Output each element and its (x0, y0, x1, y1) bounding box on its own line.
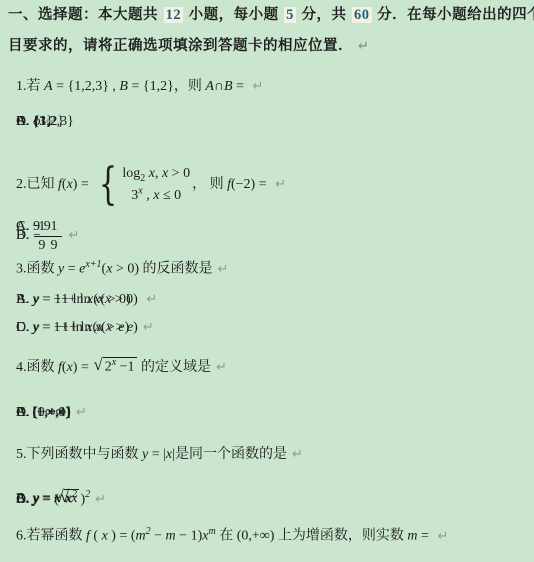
superscript: x+1 (85, 259, 101, 270)
text-run: ( (90, 529, 102, 544)
question-4-options: A. [0,+∞) B. [1,+∞) C. (−∞,0] D. (−∞,1]↵ (16, 404, 526, 438)
text-run: , (155, 166, 162, 181)
text-run: D. (16, 320, 33, 335)
text-run: = −1+ ln (39, 292, 95, 307)
paragraph-mark-icon: ↵ (358, 39, 369, 54)
radical-sign-icon: √ (60, 488, 69, 505)
text-run: = ( (39, 492, 59, 507)
text-run: m (136, 529, 146, 544)
radical: √x (60, 489, 80, 508)
question-1-stem: 1.若 A = {1,2,3} , B = {1,2}，则 A∩B = ↵ (16, 78, 263, 96)
paragraph-mark-icon: ↵ (146, 292, 157, 307)
paragraph-mark-icon: ↵ (217, 262, 228, 277)
piecewise-row: 3x , x ≤ 0 (122, 186, 190, 206)
text-run: = (418, 529, 433, 544)
paragraph-mark-icon: ↵ (69, 228, 80, 243)
question-5-options: A. y = x B. y = − x C. y = √x2 D. y = (√… (16, 490, 526, 524)
text-run: ) = (73, 360, 93, 375)
piecewise-rows: log2 x, x > 03x , x ≤ 0 (122, 164, 190, 205)
text-run: D. (16, 114, 33, 129)
text-run: 2 (105, 360, 112, 375)
text-run: 的反函数是 (139, 262, 213, 277)
radical: √2x −1 (93, 357, 136, 377)
text-run: 目要求的，请将正确选项填涂到答题卡的相应位置． (8, 38, 353, 54)
text-run: 小题，每小题 (183, 7, 284, 23)
fraction-numerator: 1 (47, 218, 62, 237)
text-run: ) (133, 320, 138, 335)
piecewise-row: log2 x, x > 0 (122, 164, 190, 184)
text-run: A (205, 79, 214, 94)
text-run: − (33, 228, 44, 243)
text-run: = | (148, 447, 166, 462)
superscript: m (208, 526, 215, 537)
text-run: 是同一个函数的是 (175, 447, 287, 462)
question-4-option-d: D. (−∞,1]↵ (16, 404, 87, 422)
text-run: 1.若 (16, 79, 44, 94)
section-header-line-2: 目要求的，请将正确选项填涂到答题卡的相应位置．↵ (8, 37, 369, 55)
radicand: 2x −1 (103, 357, 137, 377)
radical-sign-icon: √ (93, 356, 102, 373)
text-run: ) = (108, 529, 131, 544)
question-1-options: A. {1,2} B. {3} C. {1,2,3} D. ϕ↵ (16, 113, 526, 147)
question-5-stem: 5.下列函数中与函数 y = |x|是同一个函数的是↵ (16, 446, 303, 464)
paragraph-mark-icon: ↵ (143, 320, 154, 335)
text-run: > 0) (111, 292, 141, 307)
text-run: D. (16, 405, 33, 420)
exam-document-page: 一、选择题：本大题共 12 小题，每小题 5 分，共 60 分．在每小题给出的四… (0, 0, 534, 562)
text-run: 4.函数 (16, 360, 58, 375)
text-run: = (53, 79, 68, 94)
fraction: 19 (47, 218, 62, 254)
question-1-option-d: D. ϕ↵ (16, 113, 56, 131)
text-run: 2.已知 (16, 177, 58, 192)
paragraph-mark-icon: ↵ (275, 177, 286, 192)
text-run: B (119, 79, 128, 94)
text-run: 的定义域是 (138, 360, 212, 375)
text-run: m (166, 529, 176, 544)
question-3-options-row-2: C. y = 1+ ln x(x > e) D. y = −1+ ln x(x … (16, 319, 526, 353)
text-run: {1,2,3} (67, 79, 108, 94)
text-run: = (64, 262, 79, 277)
text-run: 在 (0,+∞) 上为增函数，则实数 (216, 529, 408, 544)
text-run: > (112, 320, 127, 335)
text-run: ≤ 0 (159, 188, 181, 203)
text-run: ϕ (33, 114, 40, 129)
question-4-stem: 4.函数 f(x) = √2x −1 的定义域是↵ (16, 358, 227, 378)
text-run: D. (16, 492, 33, 507)
text-run: = (128, 79, 143, 94)
question-3-stem: 3.函数 y = ex+1(x > 0) 的反函数是↵ (16, 260, 228, 278)
text-run: (−2) = (231, 177, 270, 192)
question-2-option-d: D. − 19↵ (16, 218, 79, 254)
text-run: 6.若幂函数 (16, 529, 86, 544)
paragraph-mark-icon: ↵ (76, 405, 87, 420)
text-run: 分，共 (296, 7, 352, 23)
text-run: 5.下列函数中与函数 (16, 447, 142, 462)
text-run: ∩ (214, 79, 224, 94)
question-6-stem: 6.若幂函数 f ( x ) = (m2 − m − 1)xm 在 (0,+∞)… (16, 527, 448, 545)
text-run: m (407, 529, 417, 544)
left-brace-icon: { (99, 163, 117, 207)
highlighted-number: 12 (164, 7, 184, 23)
question-3-option-d: D. y = −1+ ln x(x > e)↵ (16, 319, 154, 337)
text-run: {1,2} (143, 79, 174, 94)
text-run: B. (16, 292, 32, 307)
question-2-options: A. 9 B. 19 C. − 9 D. − 19↵ (16, 218, 526, 252)
paragraph-mark-icon: ↵ (253, 79, 264, 94)
text-run: 分．在每小题给出的四个选项中 (372, 7, 534, 23)
text-run: − (151, 529, 166, 544)
text-run: ) = (73, 177, 93, 192)
paragraph-mark-icon: ↵ (437, 529, 448, 544)
text-run: ，则 (174, 79, 206, 94)
question-3-option-b: B. y = −1+ ln x(x > 0) ↵ (16, 291, 157, 309)
text-run: = −1+ ln (39, 320, 95, 335)
text-run: x (71, 491, 77, 506)
text-run: B (224, 79, 233, 94)
radicand: x (69, 489, 79, 508)
text-run: −1 (116, 360, 134, 375)
text-run: , (143, 188, 154, 203)
piecewise-function: {log2 x, x > 03x , x ≤ 0 (94, 163, 190, 207)
paragraph-mark-icon: ↵ (292, 447, 303, 462)
text-run: 3.函数 (16, 262, 58, 277)
highlighted-number: 60 (352, 7, 372, 23)
text-run: = (233, 79, 248, 94)
section-header-line-1: 一、选择题：本大题共 12 小题，每小题 5 分，共 60 分．在每小题给出的四… (8, 6, 534, 24)
superscript: 2 (85, 489, 90, 500)
question-5-option-d: D. y = (√x)2↵ (16, 490, 106, 509)
text-run: > 0 (168, 166, 190, 181)
text-run: (−∞,1] (33, 405, 71, 420)
highlighted-number: 5 (284, 7, 296, 23)
text-run: A (44, 79, 53, 94)
question-2-stem: 2.已知 f(x) = {log2 x, x > 03x , x ≤ 0， 则 … (16, 163, 286, 207)
text-run: log (122, 166, 140, 181)
fraction-denominator: 9 (47, 237, 62, 255)
text-run: > 0) (112, 262, 139, 277)
paragraph-mark-icon: ↵ (45, 114, 56, 129)
paragraph-mark-icon: ↵ (216, 360, 227, 375)
paragraph-mark-icon: ↵ (95, 492, 106, 507)
text-run: D. (16, 228, 33, 243)
text-run: , (109, 79, 120, 94)
text-run: 一、选择题：本大题共 (8, 7, 164, 23)
text-run: ， 则 (192, 177, 227, 192)
text-run: − 1 (176, 529, 198, 544)
